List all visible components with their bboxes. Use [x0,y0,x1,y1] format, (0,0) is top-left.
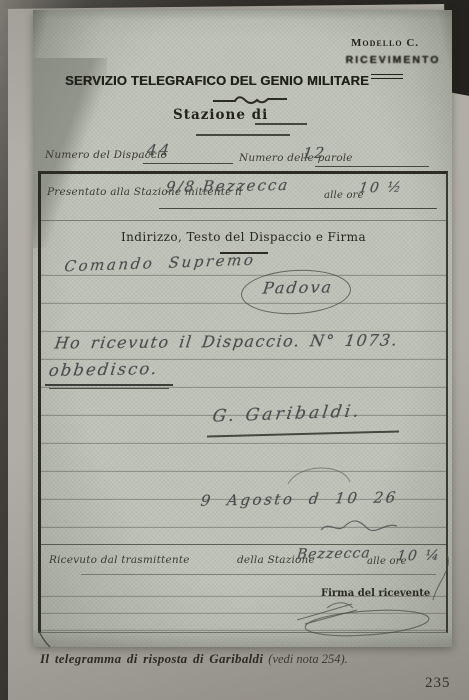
handwritten-scrawl-loop [284,462,354,486]
handwritten-scrawl-receiver [267,598,439,638]
book-photograph: Modello C. RICEVIMENTO SERVIZIO TELEGRAF… [0,0,469,700]
received-from-label: Ricevuto dal trasmittente [49,554,190,566]
page-number: 235 [425,675,451,692]
station-blank-line [255,123,307,125]
message-box: Presentato alla Stazione mittente il 9/8… [38,171,448,633]
word-count-label: Numero delle parole [239,152,353,164]
word-count-line [315,166,429,167]
received-station: Bezzecca [296,545,372,562]
destination-city: Padova [262,277,335,297]
presented-line [159,208,437,209]
section-divider [41,544,446,545]
dispatch-number-value: 44 [146,141,173,159]
presented-entry: 9/8 Bezzecca [165,176,291,196]
station-underline [196,134,290,136]
address-line: Comando Supremo [63,251,256,276]
signature-underline [207,430,399,437]
copy-type-label: RICEVIMENTO [338,54,448,66]
caption: Il telegramma di risposta di Garibaldi(v… [40,650,460,668]
message-text: Ho ricevuto il Dispaccio. N° 1073. [54,331,400,353]
pen-mark [36,630,52,648]
handwritten-scrawl-initials [319,516,399,536]
model-label: Modello C. [351,37,419,49]
emphasis-underline-2 [49,388,169,389]
word-count-value: 12 [302,144,327,162]
message-emphasis: obbedisco. [48,359,160,380]
station-label: Stazione di [173,107,268,123]
emphasis-underline [45,384,173,386]
sender-signature: G. Garibaldi. [211,401,363,426]
dispatch-number-line [143,163,233,164]
body-header-label: Indirizzo, Testo del Dispaccio e Firma [41,230,446,244]
caption-note: (vedi nota 254). [268,652,348,666]
telegram-photo: Modello C. RICEVIMENTO SERVIZIO TELEGRAF… [33,10,452,647]
ornament-divider [211,94,289,106]
receipt-line [81,574,436,575]
presented-time: 10 ½ [358,180,404,197]
date-note: 9 Agosto d 10 26 [200,488,399,509]
row-line [41,220,446,221]
service-title: SERVIZIO TELEGRAFICO DEL GENIO MILITARE [37,73,397,88]
caption-title: Il telegramma di risposta di Garibaldi [40,651,263,666]
